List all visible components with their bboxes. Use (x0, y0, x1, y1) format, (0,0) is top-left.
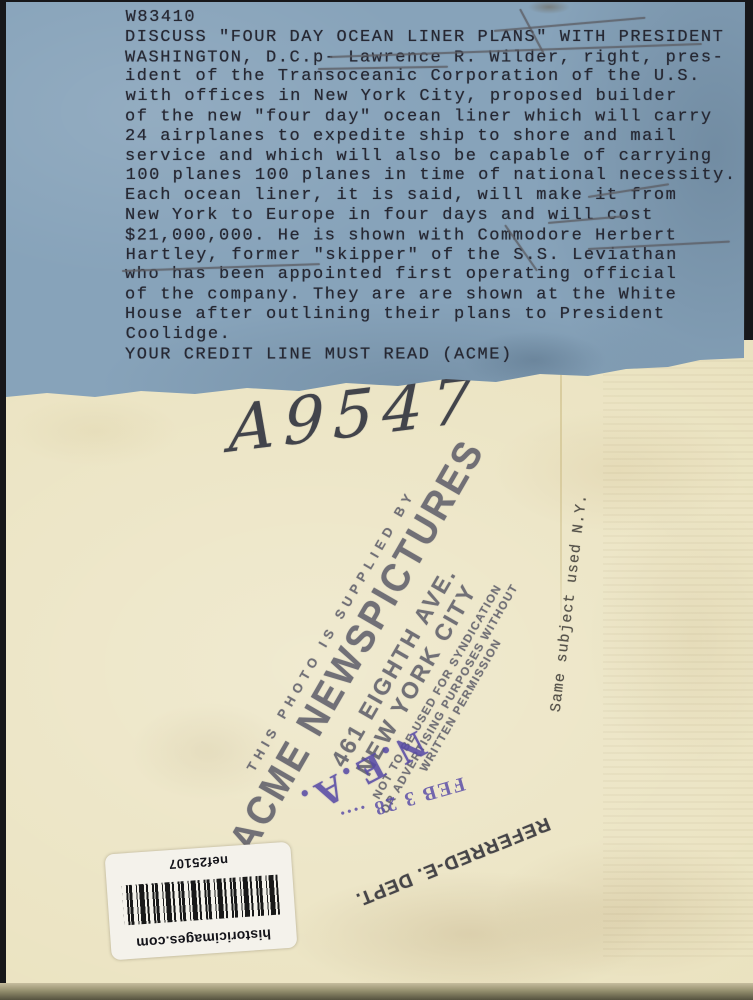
caption-line: Each ocean liner, it is said, will make … (125, 186, 745, 206)
caption-line: House after outlining their plans to Pre… (125, 305, 745, 325)
barcode-sticker: historicimages.com nef25107 (105, 842, 298, 961)
caption-line: ident of the Transoceanic Corporation of… (125, 67, 745, 87)
caption-line: 100 planes 100 planes in time of nationa… (126, 166, 746, 186)
caption-line: 24 airplanes to expedite ship to shore a… (125, 127, 745, 147)
photo-bottom-edge (0, 983, 753, 1000)
caption-line: WASHINGTON, D.C.p- Lawrence R. Wilder, r… (125, 48, 745, 68)
caption-line: New York to Europe in four days and will… (125, 206, 745, 226)
caption-line: Coolidge. (126, 325, 746, 345)
caption-id-number: W83410 (126, 8, 746, 28)
caption-line: of the company. They are are shown at th… (125, 286, 745, 306)
caption-line: of the new "four day" ocean liner which … (125, 107, 745, 127)
sticker-ref-number: nef25107 (168, 853, 229, 872)
caption-line: $21,000,000. He is shown with Commodore … (125, 226, 745, 246)
paper-texture (603, 360, 753, 960)
sticker-site-label: historicimages.com (136, 926, 272, 951)
caption-line: with offices in New York City, proposed … (126, 87, 746, 107)
barcode (122, 875, 280, 926)
caption-line: YOUR CREDIT LINE MUST READ (ACME) (125, 345, 745, 365)
caption-line: service and which will also be capable o… (125, 147, 745, 167)
caption-line: Hartley, former "skipper" of the S.S. Le… (126, 246, 746, 266)
press-photo-back-scan: A9547 THIS PHOTO IS SUPPLIED BY ACME NEW… (0, 0, 753, 1000)
caption-sheet: W83410 DISCUSS "FOUR DAY OCEAN LINER PLA… (0, 0, 753, 400)
